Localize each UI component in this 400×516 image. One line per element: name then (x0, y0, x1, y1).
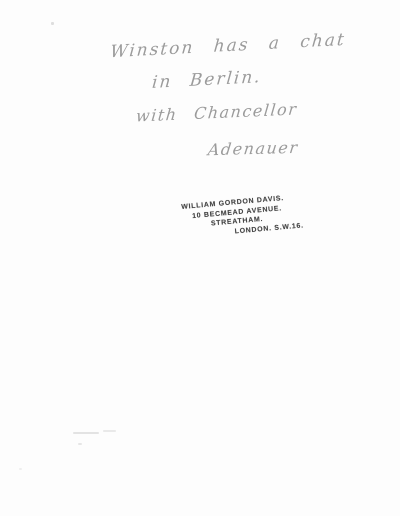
smudge-mark (78, 443, 82, 445)
photographer-address-stamp: WILLIAM GORDON DAVIS. 10 BECMEAD AVENUE.… (181, 191, 324, 241)
smudge-mark (73, 432, 99, 434)
handwriting-line-2: in Berlin. (151, 67, 262, 93)
handwriting-line-4: Adenauer (207, 138, 300, 159)
handwriting-line-3: with Chancellor (135, 99, 298, 125)
handwriting-line-1: Winston has a chat (109, 30, 346, 62)
smudge-mark (51, 22, 54, 25)
smudge-mark (19, 468, 22, 470)
smudge-mark (103, 430, 116, 432)
scanned-document-page: Winston has a chat in Berlin. with Chanc… (0, 0, 400, 516)
